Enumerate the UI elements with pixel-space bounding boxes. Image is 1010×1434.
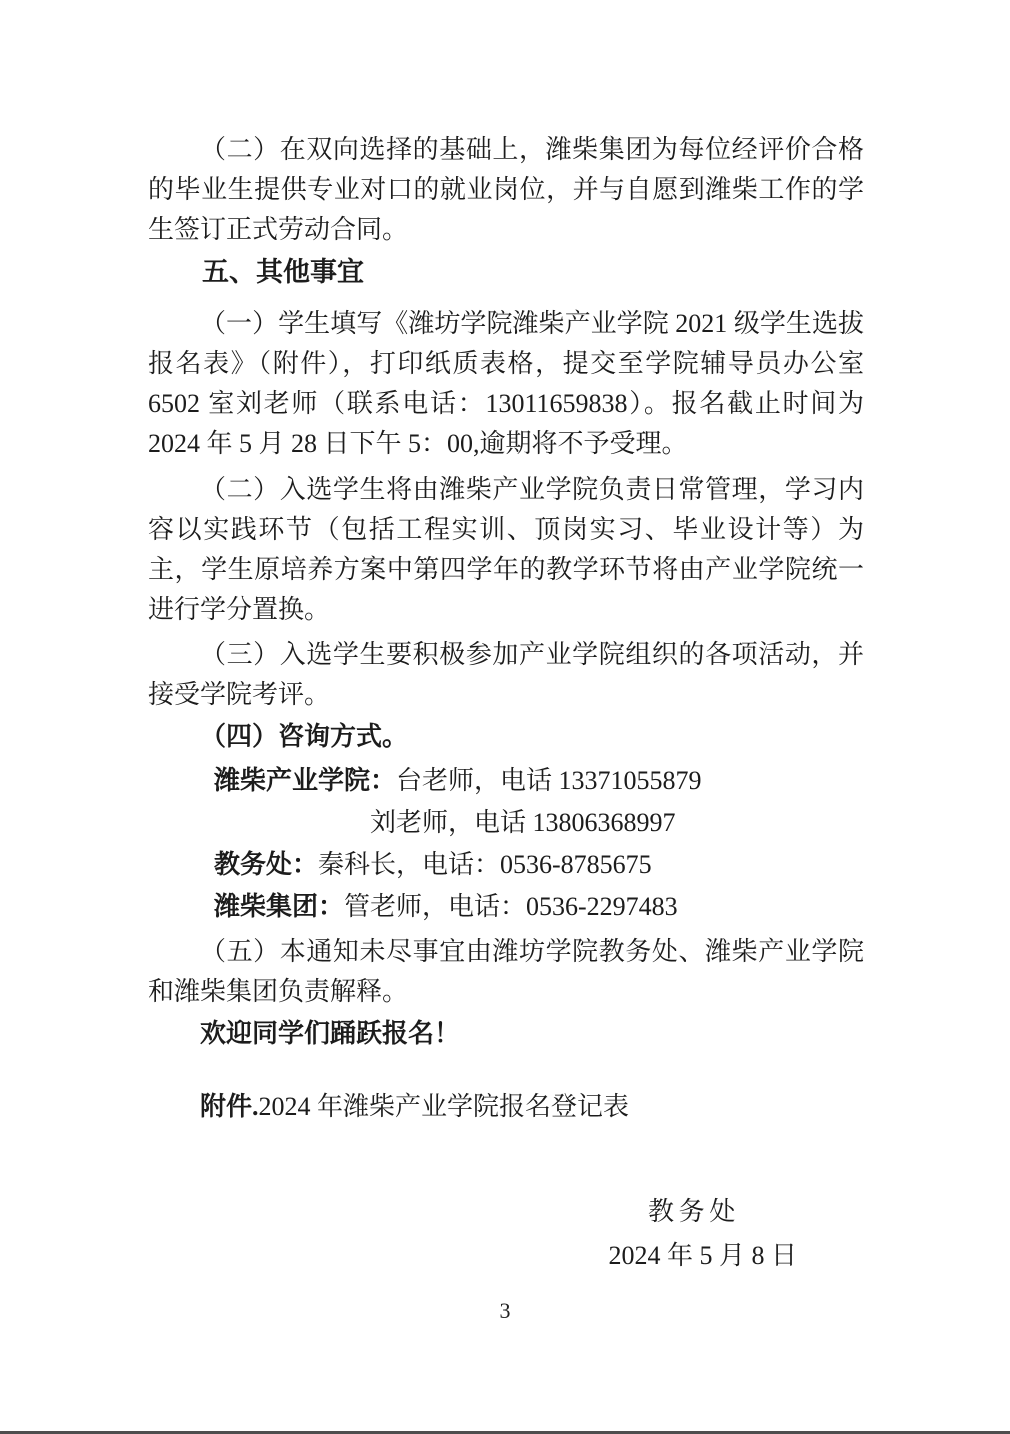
contact-line-teacher-liu: 刘老师，电话 13806368997 [370,802,864,844]
document-page: （二）在双向选择的基础上，潍柴集团为每位经评价合格的毕业生提供专业对口的就业岗位… [0,0,1010,1434]
signature-department: 教务处 [148,1190,740,1234]
section-heading-other-matters: 五、其他事宜 [148,252,864,292]
attachment-title: 2024 年潍柴产业学院报名登记表 [259,1092,630,1121]
paragraph-interpretation: （五）本通知未尽事宜由潍坊学院教务处、潍柴产业学院和潍柴集团负责解释。 [148,932,864,1012]
contact-value: 刘老师，电话 13806368997 [370,808,676,837]
contact-line-weichai-group: 潍柴集团：管老师，电话：0536-2297483 [214,886,864,928]
paragraph-activities: （三）入选学生要积极参加产业学院组织的各项活动，并接受学院考评。 [148,635,864,715]
contact-value: 管老师，电话：0536-2297483 [344,892,678,921]
contact-label: 潍柴集团： [214,892,344,921]
paragraph-job-placement: （二）在双向选择的基础上，潍柴集团为每位经评价合格的毕业生提供专业对口的就业岗位… [148,130,864,250]
contact-value: 秦科长，电话：0536-8785675 [318,850,652,879]
signature-date: 2024 年 5 月 8 日 [148,1234,797,1278]
paragraph-daily-management: （二）入选学生将由潍柴产业学院负责日常管理，学习内容以实践环节（包括工程实训、顶… [148,470,864,630]
paragraph-registration-form: （一）学生填写《潍坊学院潍柴产业学院 2021 级学生选拔报名表》（附件），打印… [148,304,864,464]
contact-line-weichai-college: 潍柴产业学院：台老师，电话 13371055879 [214,760,864,802]
contact-value: 台老师，电话 13371055879 [396,766,702,795]
attachment-label: 附件. [200,1092,259,1121]
closing-welcome-line: 欢迎同学们踊跃报名！ [148,1014,864,1054]
contact-label: 教务处： [214,850,318,879]
attachment-line: 附件.2024 年潍柴产业学院报名登记表 [148,1087,864,1127]
contact-line-academic-affairs: 教务处：秦科长，电话：0536-8785675 [214,844,864,886]
signature-block: 教务处 2024 年 5 月 8 日 [148,1190,864,1278]
contact-label: 潍柴产业学院： [214,766,396,795]
contact-block: 潍柴产业学院：台老师，电话 13371055879 刘老师，电话 1380636… [148,760,864,928]
page-number: 3 [0,1298,1010,1324]
document-body: （二）在双向选择的基础上，潍柴集团为每位经评价合格的毕业生提供专业对口的就业岗位… [0,0,1010,1278]
consultation-methods-heading: （四）咨询方式。 [148,717,864,757]
